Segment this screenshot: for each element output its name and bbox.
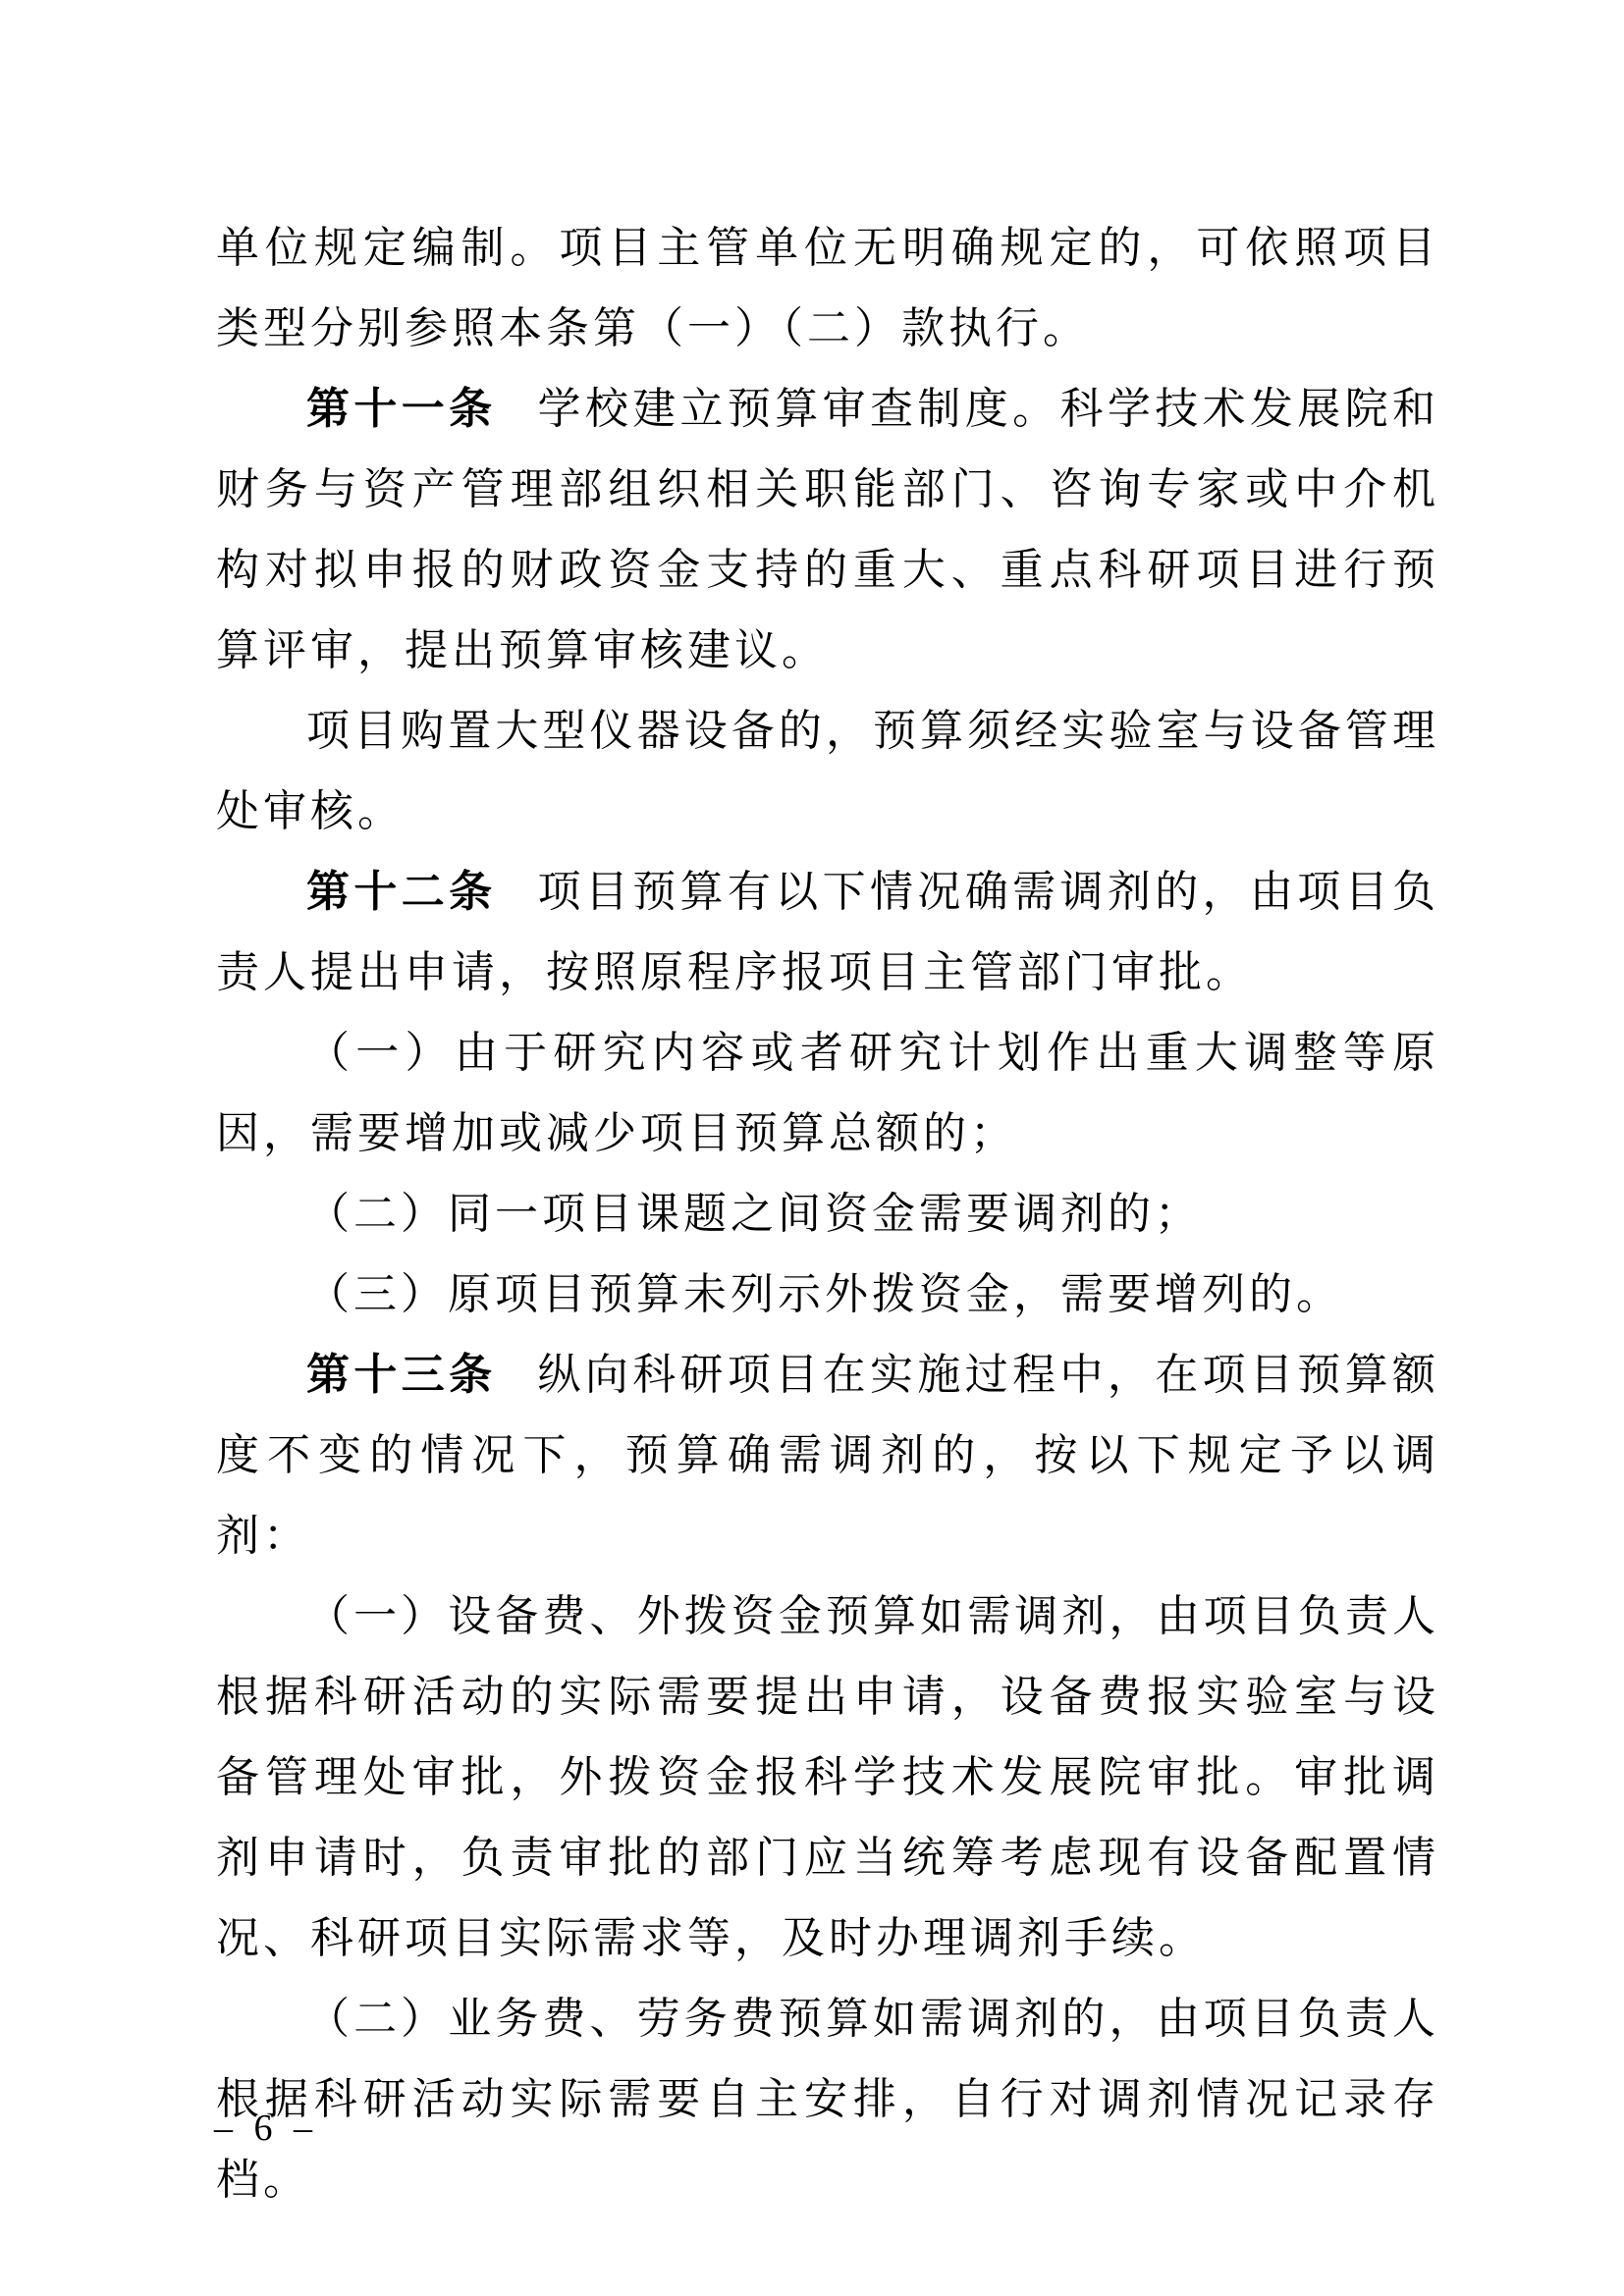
- paragraph: （一）设备费、外拨资金预算如需调剂，由项目负责人根据科研活动的实际需要提出申请，…: [216, 1576, 1439, 1979]
- article-paragraph: 第十一条学校建立预算审查制度。科学技术发展院和财务与资产管理部组织相关职能部门、…: [216, 369, 1439, 691]
- paragraph-text: （二）同一项目课题之间资金需要调剂的；: [306, 1190, 1202, 1238]
- paragraph-text: 单位规定编制。项目主管单位无明确规定的，可依照项目类型分别参照本条第（一）（二）…: [216, 224, 1439, 352]
- paragraph-text: （二）业务费、劳务费预算如需调剂的，由项目负责人根据科研活动实际需要自主安排，自…: [216, 1995, 1439, 2204]
- document-body: 单位规定编制。项目主管单位无明确规定的，可依照项目类型分别参照本条第（一）（二）…: [216, 208, 1439, 2220]
- article-number: 第十一条: [306, 385, 496, 433]
- paragraph-text: （三）原项目预算未列示外拨资金，需要增列的。: [306, 1270, 1343, 1318]
- paragraph: 项目购置大型仪器设备的，预算须经实验室与设备管理处审核。: [216, 691, 1439, 852]
- paragraph: （一）由于研究内容或者研究计划作出重大调整等原因，需要增加或减少项目预算总额的；: [216, 1013, 1439, 1174]
- paragraph-text: （一）设备费、外拨资金预算如需调剂，由项目负责人根据科研活动的实际需要提出申请，…: [216, 1592, 1439, 1962]
- document-page: 单位规定编制。项目主管单位无明确规定的，可依照项目类型分别参照本条第（一）（二）…: [0, 0, 1624, 2296]
- article-paragraph: 第十二条项目预算有以下情况确需调剂的，由项目负责人提出申请，按照原程序报项目主管…: [216, 852, 1439, 1013]
- paragraph-text: 项目购置大型仪器设备的，预算须经实验室与设备管理处审核。: [216, 707, 1439, 835]
- article-number: 第十三条: [306, 1351, 496, 1399]
- article-number: 第十二条: [306, 868, 496, 916]
- paragraph: （二）业务费、劳务费预算如需调剂的，由项目负责人根据科研活动实际需要自主安排，自…: [216, 1979, 1439, 2220]
- paragraph-text: （一）由于研究内容或者研究计划作出重大调整等原因，需要增加或减少项目预算总额的；: [216, 1029, 1439, 1157]
- article-paragraph: 第十三条纵向科研项目在实施过程中，在项目预算额度不变的情况下，预算确需调剂的，按…: [216, 1335, 1439, 1576]
- paragraph: 单位规定编制。项目主管单位无明确规定的，可依照项目类型分别参照本条第（一）（二）…: [216, 208, 1439, 369]
- paragraph: （二）同一项目课题之间资金需要调剂的；: [216, 1174, 1439, 1255]
- page-number: – 6 –: [214, 2107, 318, 2150]
- paragraph: （三）原项目预算未列示外拨资金，需要增列的。: [216, 1255, 1439, 1335]
